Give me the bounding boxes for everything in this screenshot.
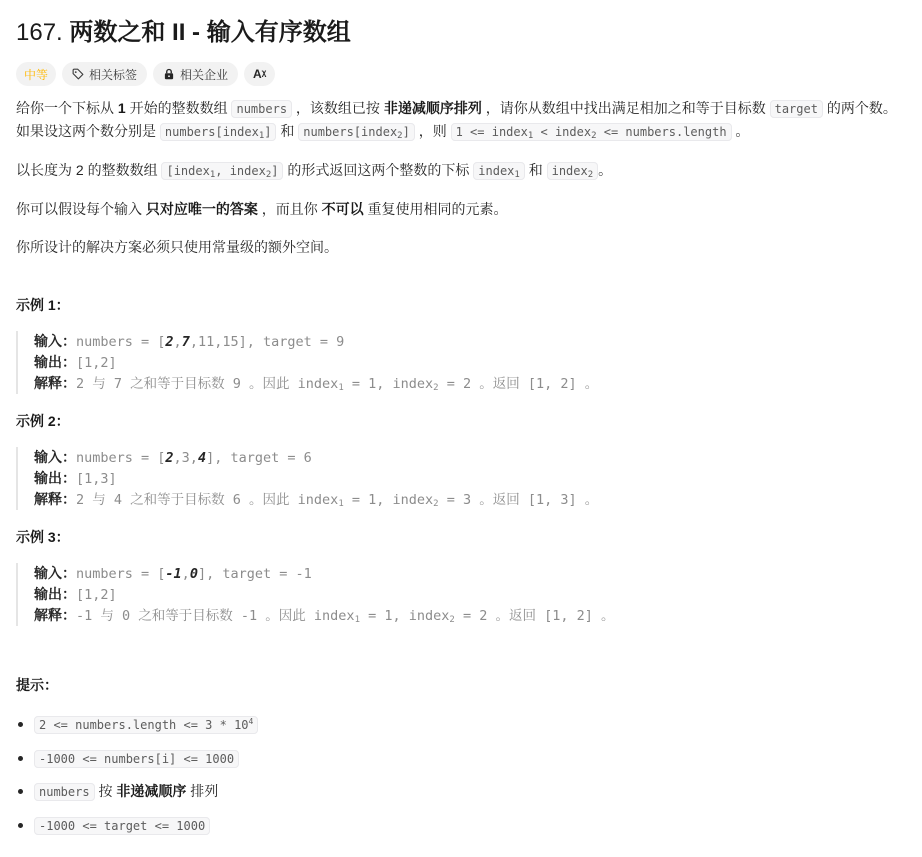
example-block: 输入：numbers = [2,7,11,15], target = 9 输出：… <box>16 331 906 394</box>
example-output: 输出：[1,2] <box>34 352 906 373</box>
constraint-item: -1000 <= target <= 1000 <box>16 814 906 836</box>
inline-code: target <box>770 100 823 118</box>
description-paragraph-1: 给你一个下标从 1 开始的整数数组 numbers ，该数组已按 非递减顺序排列… <box>16 97 906 143</box>
constraints-title: 提示： <box>16 674 906 696</box>
constraint-item: 2 <= numbers.length <= 3 * 104 <box>16 713 906 735</box>
problem-name: 两数之和 II - 输入有序数组 <box>69 19 350 46</box>
font-size-icon: Aᵡ <box>253 67 266 81</box>
example-title: 示例 2： <box>16 410 906 432</box>
inline-code: numbers[index2] <box>298 123 415 141</box>
related-topics-button[interactable]: 相关标签 <box>62 62 147 86</box>
description-paragraph-3: 你可以假设每个输入 只对应唯一的答案 ，而且你 不可以 重复使用相同的元素。 <box>16 198 906 220</box>
example-title: 示例 3： <box>16 526 906 548</box>
example-3: 示例 3： 输入：numbers = [-1,0], target = -1 输… <box>16 526 906 626</box>
example-2: 示例 2： 输入：numbers = [2,3,4], target = 6 输… <box>16 410 906 510</box>
description-paragraph-2: 以长度为 2 的整数数组 [index1, index2] 的形式返回这两个整数… <box>16 159 906 182</box>
example-explanation: 解释：-1 与 0 之和等于目标数 -1 。因此 index1 = 1, ind… <box>34 605 906 626</box>
example-block: 输入：numbers = [2,3,4], target = 6 输出：[1,3… <box>16 447 906 510</box>
example-output: 输出：[1,3] <box>34 468 906 489</box>
problem-number: 167. <box>16 19 63 46</box>
inline-code: numbers <box>231 100 292 118</box>
related-companies-label: 相关企业 <box>180 66 228 83</box>
constraints-section: 提示： 2 <= numbers.length <= 3 * 104 -1000… <box>16 674 906 836</box>
inline-code: 1 <= index1 < index2 <= numbers.length <box>451 123 732 141</box>
related-companies-button[interactable]: 相关企业 <box>153 62 238 86</box>
constraint-item: -1000 <= numbers[i] <= 1000 <box>16 747 906 769</box>
example-input: 输入：numbers = [2,3,4], target = 6 <box>34 447 906 468</box>
tag-bar: 中等 相关标签 相关企业 Aᵡ <box>16 62 906 86</box>
example-input: 输入：numbers = [-1,0], target = -1 <box>34 563 906 584</box>
tag-icon <box>72 68 84 80</box>
constraint-item: numbers 按 非递减顺序 排列 <box>16 780 906 802</box>
font-size-button[interactable]: Aᵡ <box>244 62 275 86</box>
example-1: 示例 1： 输入：numbers = [2,7,11,15], target =… <box>16 294 906 394</box>
lock-icon <box>163 68 175 80</box>
inline-code: [index1, index2] <box>161 162 283 180</box>
example-block: 输入：numbers = [-1,0], target = -1 输出：[1,2… <box>16 563 906 626</box>
problem-title[interactable]: 167. 两数之和 II - 输入有序数组 <box>16 0 906 50</box>
example-title: 示例 1： <box>16 294 906 316</box>
constraints-list: 2 <= numbers.length <= 3 * 104 -1000 <= … <box>16 713 906 836</box>
inline-code: index1 <box>473 162 525 180</box>
difficulty-badge: 中等 <box>16 62 56 86</box>
example-input: 输入：numbers = [2,7,11,15], target = 9 <box>34 331 906 352</box>
related-topics-label: 相关标签 <box>89 66 137 83</box>
inline-code: index2 <box>547 162 599 180</box>
inline-code: numbers[index1] <box>160 123 277 141</box>
problem-description: 167. 两数之和 II - 输入有序数组 中等 相关标签 相关企业 Aᵡ 给你… <box>0 0 922 836</box>
example-output: 输出：[1,2] <box>34 584 906 605</box>
example-explanation: 解释：2 与 7 之和等于目标数 9 。因此 index1 = 1, index… <box>34 373 906 394</box>
description-paragraph-4: 你所设计的解决方案必须只使用常量级的额外空间。 <box>16 236 906 258</box>
example-explanation: 解释：2 与 4 之和等于目标数 6 。因此 index1 = 1, index… <box>34 489 906 510</box>
